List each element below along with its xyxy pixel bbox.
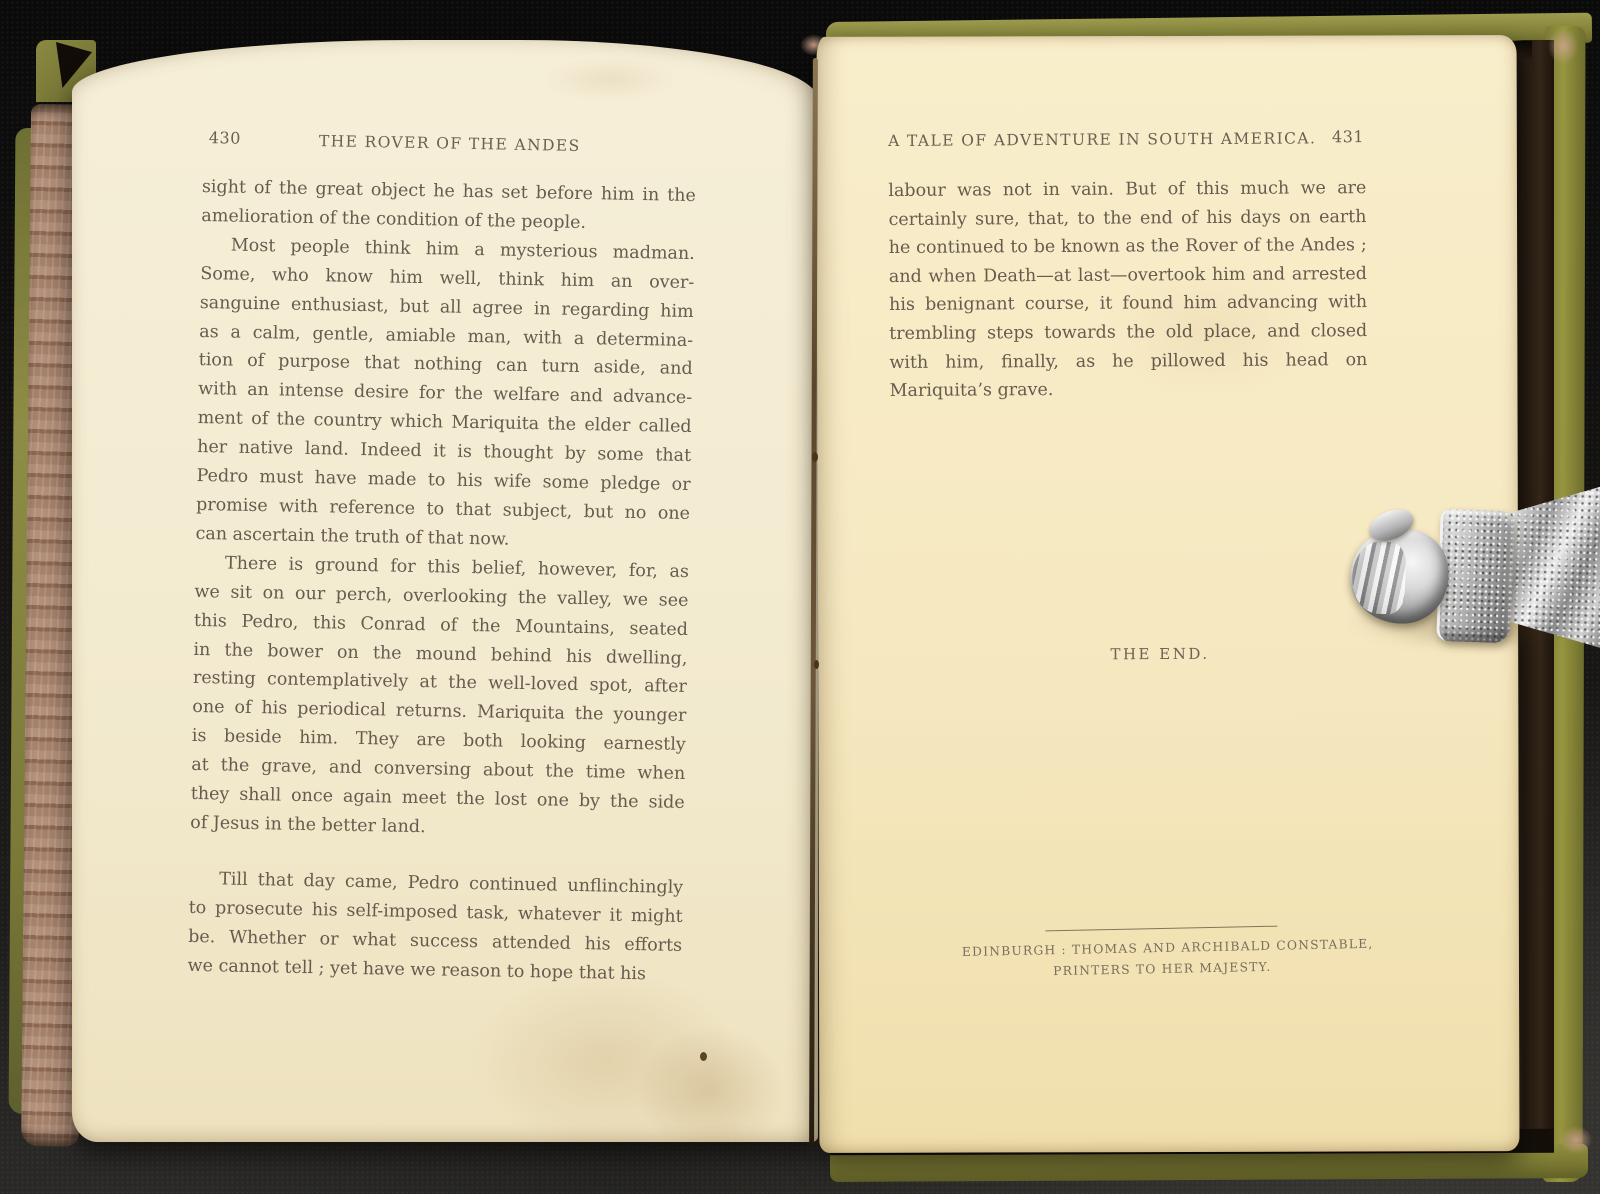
text-line: Mariquita’s grave. (890, 374, 1368, 406)
the-end-label: THE END. (1020, 644, 1300, 663)
worn-spot (1560, 1126, 1592, 1154)
worn-spot (1548, 28, 1578, 64)
text-line: labour was not in vain. But of this much… (888, 174, 1366, 206)
printer-imprint: EDINBURGH : THOMAS AND ARCHIBALD CONSTAB… (962, 924, 1363, 984)
text-line: he continued to be known as the Rover of… (889, 231, 1367, 263)
page-speck (814, 660, 819, 669)
page-speck (700, 1052, 707, 1061)
right-page-number: 431 (1332, 127, 1364, 146)
silver-hand-page-holder (1337, 483, 1600, 692)
paragraph: Most people think him a mysterious madma… (195, 231, 695, 558)
left-page-content: 430 THE ROVER OF THE ANDES sight of the … (187, 128, 697, 989)
paragraph: sight of the great object he has set bef… (201, 173, 696, 240)
text-line: his benignant course, it found him advan… (889, 288, 1367, 320)
text-line: certainly sure, that, to the end of his … (888, 203, 1366, 235)
right-page-header: A TALE OF ADVENTURE IN SOUTH AMERICA. 43… (888, 127, 1366, 162)
paragraph: Till that day came, Pedro continued unfl… (187, 865, 683, 990)
paragraph: There is ground for this belief, however… (190, 549, 689, 847)
text-line: with him, finally, as he pillowed his he… (889, 346, 1367, 378)
text-line: and when Death—at last—overtook him and … (889, 260, 1367, 292)
paragraph: labour was not in vain. But of this much… (888, 174, 1367, 406)
right-page-body: labour was not in vain. But of this much… (888, 174, 1367, 406)
left-page-body: sight of the great object he has set bef… (187, 173, 696, 989)
page-speck (812, 452, 818, 462)
right-running-title: A TALE OF ADVENTURE IN SOUTH AMERICA. (888, 129, 1316, 150)
book-photo: 430 THE ROVER OF THE ANDES sight of the … (0, 0, 1600, 1194)
text-line: trembling steps towards the old place, a… (889, 317, 1367, 349)
right-page-content: A TALE OF ADVENTURE IN SOUTH AMERICA. 43… (888, 127, 1368, 406)
